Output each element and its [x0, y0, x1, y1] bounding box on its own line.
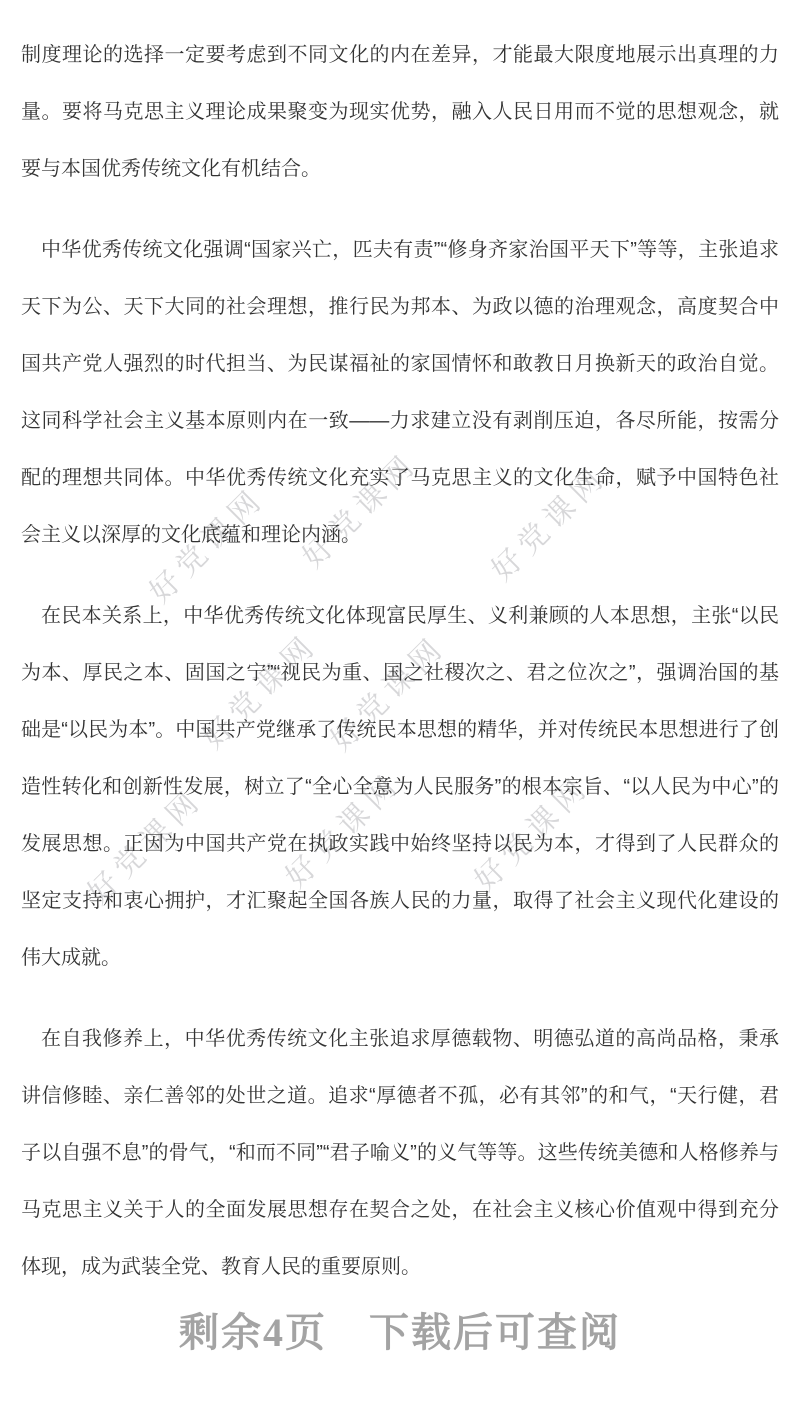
paragraph: 制度理论的选择一定要考虑到不同文化的内在差异，才能最大限度地展示出真理的力量。要… [21, 27, 779, 198]
download-hint-label: 下载后可查阅 [369, 1310, 621, 1355]
document-body: 制度理论的选择一定要考虑到不同文化的内在差异，才能最大限度地展示出真理的力量。要… [21, 27, 779, 1320]
paragraph: 在民本关系上，中华优秀传统文化体现富民厚生、义利兼顾的人本思想，主张“以民为本、… [21, 588, 779, 987]
document-preview-page: { "page": { "background": "#ffffff", "te… [0, 0, 800, 1414]
paragraph: 中华优秀传统文化强调“国家兴亡，匹夫有责”“修身齐家治国平天下”等等，主张追求天… [21, 222, 779, 564]
download-notice: 剩余4页下载后可查阅 [0, 1310, 800, 1356]
paragraph: 在自我修养上，中华优秀传统文化主张追求厚德载物、明德弘道的高尚品格，秉承讲信修睦… [21, 1011, 779, 1296]
remaining-pages-label: 剩余4页 [179, 1310, 327, 1355]
